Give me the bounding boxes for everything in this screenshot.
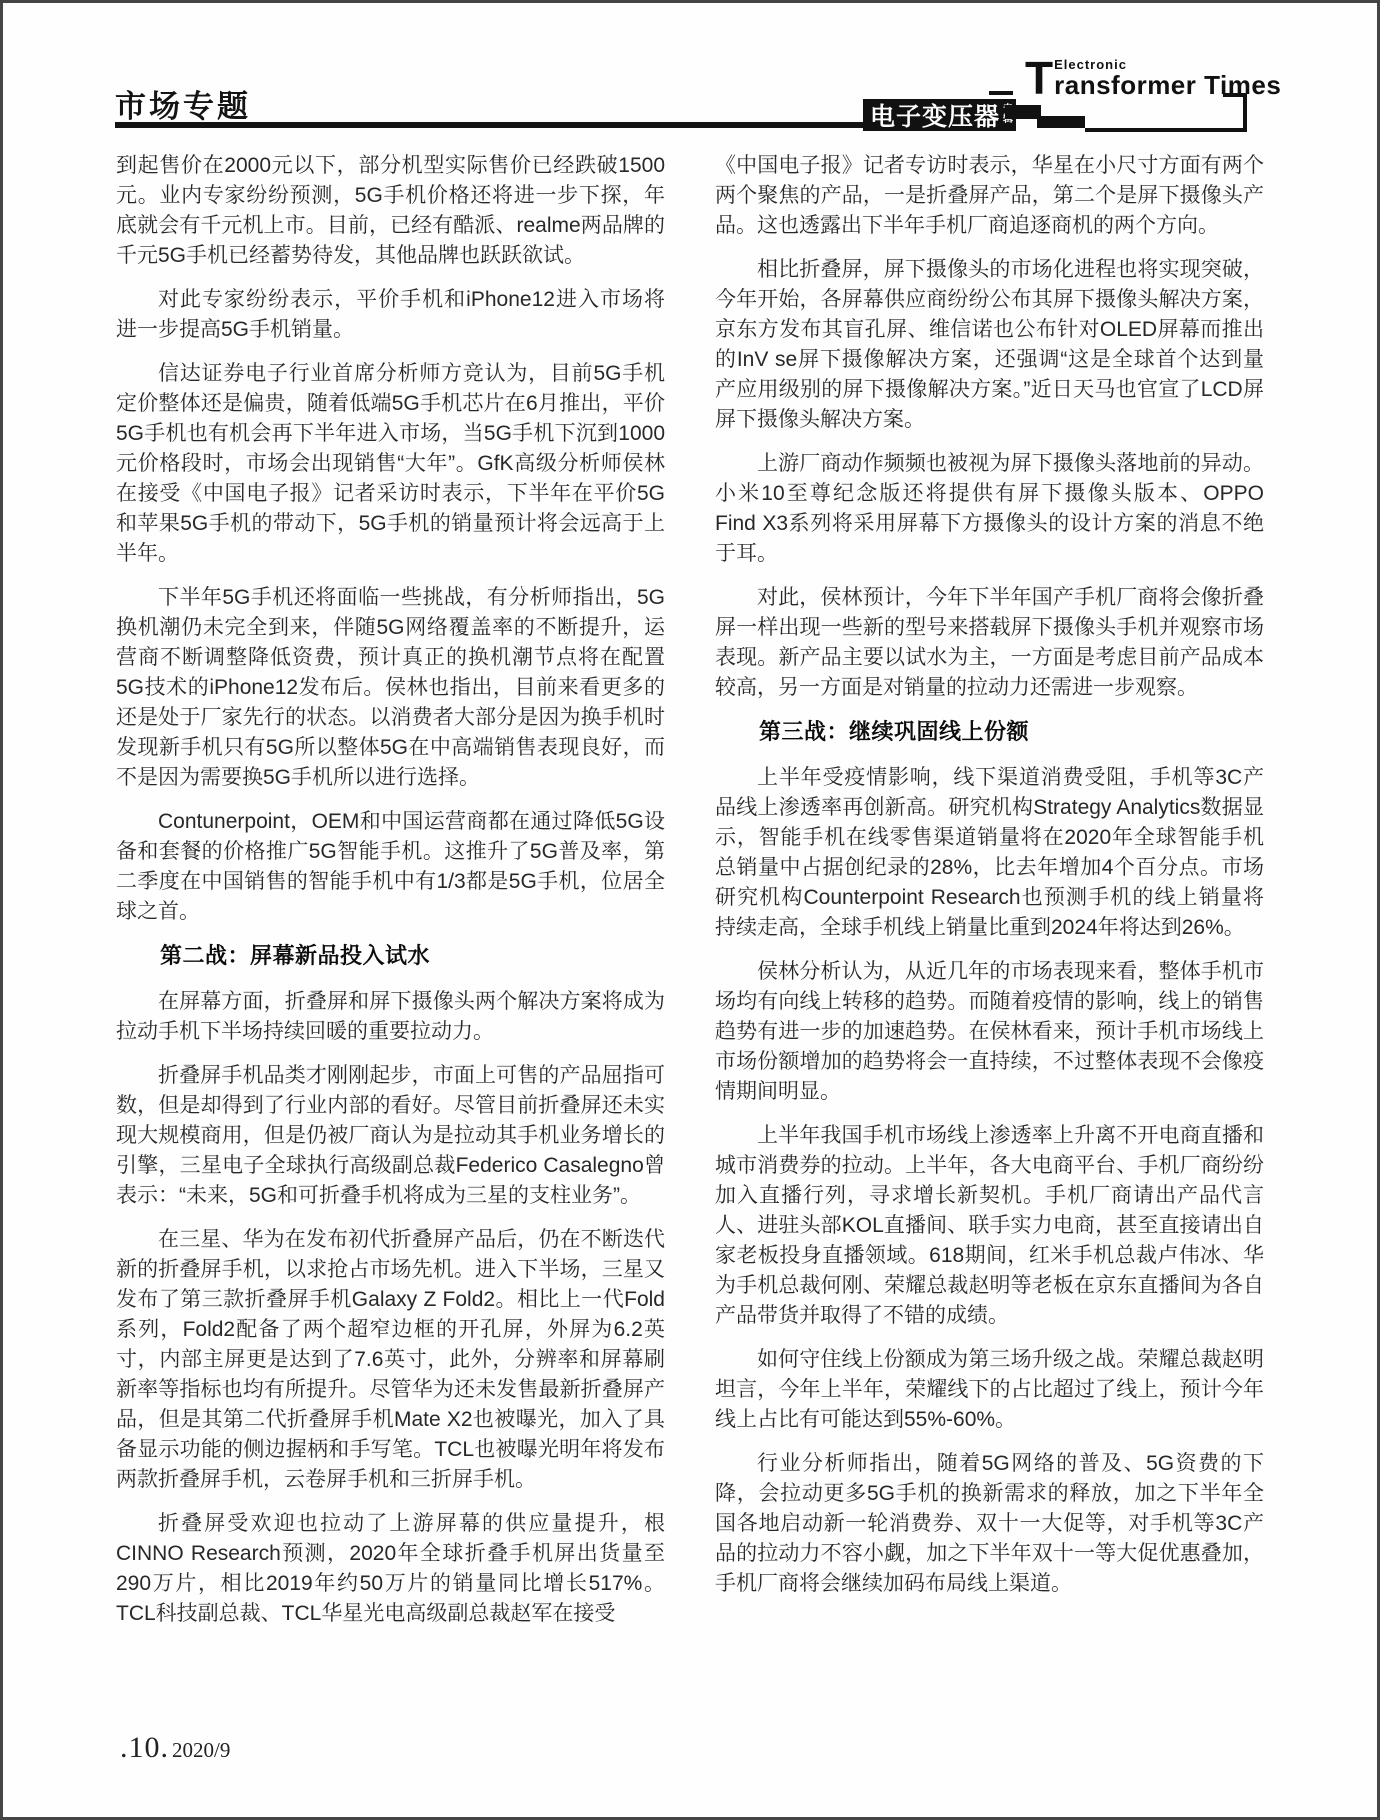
brand-box-text: 电子变压器: [870, 97, 1000, 133]
header-rule: [115, 122, 863, 128]
paragraph: Contunerpoint，OEM和中国运营商都在通过降低5G设备和套餐的价格推…: [116, 807, 665, 927]
issue-label: 2020/9: [172, 1738, 230, 1763]
page-footer: .10. 2020/9: [120, 1731, 230, 1765]
brand-step-block: [1037, 116, 1085, 128]
paragraph: 在屏幕方面，折叠屏和屏下摄像头两个解决方案将成为拉动手机下半场持续回暖的重要拉动…: [116, 987, 665, 1047]
paragraph: 相比折叠屏，屏下摄像头的市场化进程也将实现突破，今年开始，各屏幕供应商纷纷公布其…: [715, 255, 1264, 435]
section-heading-battle2: 第二战：屏幕新品投入试水: [116, 941, 665, 971]
paragraph: 侯林分析认为，从近几年的市场表现来看，整体手机市场均有向线上转移的趋势。而随着疫…: [715, 957, 1264, 1107]
section-heading-battle3: 第三战：继续巩固线上份额: [715, 717, 1264, 747]
paragraph: 到起售价在2000元以下，部分机型实际售价已经跌破1500元。业内专家纷纷预测，…: [116, 151, 665, 271]
paragraph: 信达证券电子行业首席分析师方竞认为，目前5G手机定价整体还是偏贵，随着低端5G手…: [116, 359, 665, 569]
page-number: .10.: [120, 1731, 169, 1765]
brand-box: 电子变压器 专 辑: [863, 99, 1016, 131]
paragraph: 对此专家纷纷表示，平价手机和iPhone12进入市场将进一步提高5G手机销量。: [116, 285, 665, 345]
paragraph: 下半年5G手机还将面临一些挑战，有分析师指出，5G换机潮仍未完全到来，伴随5G网…: [116, 583, 665, 793]
logo-right-dash: [1223, 93, 1247, 97]
paragraph: 行业分析师指出，随着5G网络的普及、5G资费的下降，会拉动更多5G手机的换新需求…: [715, 1449, 1264, 1599]
publication-logo: T Electronic ransformer Times: [1025, 58, 1281, 98]
paragraph: 上游厂商动作频频也被视为屏下摄像头落地前的异动。小米10至尊纪念版还将提供有屏下…: [715, 449, 1264, 569]
logo-initial: T: [1025, 58, 1053, 98]
paragraph: 在三星、华为在发布初代折叠屏产品后，仍在不断迭代新的折叠屏手机，以求抢占市场先机…: [116, 1225, 665, 1495]
section-title: 市场专题: [115, 81, 251, 126]
paragraph: 对此，侯林预计，今年下半年国产手机厂商将会像折叠屏一样出现一些新的型号来搭载屏下…: [715, 583, 1264, 703]
logo-left-dash: [989, 91, 1013, 95]
paragraph: 上半年受疫情影响，线下渠道消费受阻，手机等3C产品线上渗透率再创新高。研究机构S…: [715, 763, 1264, 943]
paragraph: 如何守住线上份额成为第三场升级之战。荣耀总裁赵明坦言，今年上半年，荣耀线下的占比…: [715, 1345, 1264, 1435]
magazine-page: 市场专题 T Electronic ransformer Times 电子变压器…: [0, 0, 1380, 1820]
brand-step-block: [1005, 105, 1041, 119]
article-column-left: 到起售价在2000元以下，部分机型实际售价已经跌破1500元。业内专家纷纷预测，…: [116, 151, 665, 1643]
paragraph: 上半年我国手机市场线上渗透率上升离不开电商直播和城市消费券的拉动。上半年，各大电…: [715, 1121, 1264, 1331]
paragraph: 折叠屏手机品类才刚刚起步，市面上可售的产品屈指可数，但是却得到了行业内部的看好。…: [116, 1061, 665, 1211]
article-column-right: 《中国电子报》记者专访时表示，华星在小尺寸方面有两个两个聚焦的产品，一是折叠屏产…: [715, 151, 1264, 1613]
paragraph: 折叠屏受欢迎也拉动了上游屏幕的供应量提升，根CINNO Research预测，2…: [116, 1509, 665, 1629]
paragraph: 《中国电子报》记者专访时表示，华星在小尺寸方面有两个两个聚焦的产品，一是折叠屏产…: [715, 151, 1264, 241]
logo-bracket-line: [1085, 95, 1247, 132]
